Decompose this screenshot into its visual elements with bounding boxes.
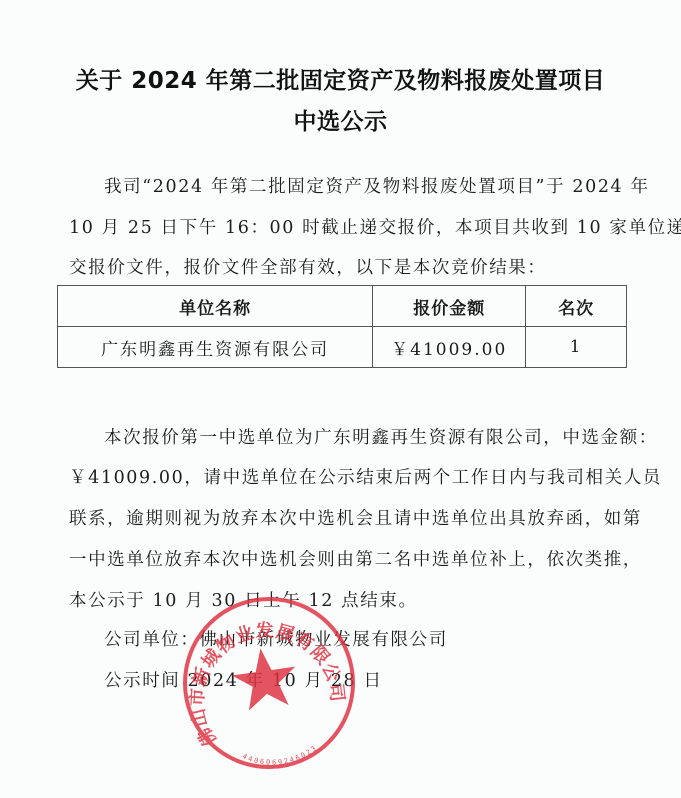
- intro-paragraph-line: 10 月 25 日下午 16：00 时截止递交报价，本项目共收到 10 家单位递: [69, 214, 629, 239]
- header-amount: 报价金额: [373, 286, 526, 327]
- document-title-line2: 中选公示: [0, 103, 681, 136]
- intro-paragraph-line: 交报价文件，报价文件全部有效，以下是本次竞价结果：: [69, 254, 629, 279]
- intro-paragraph-line: 我司“2024 年第二批固定资产及物料报废处置项目”于 2024 年: [104, 173, 664, 198]
- body-paragraph-line: 一中选单位放弃本次中选机会则由第二名中选单位补上，依次类推，: [69, 546, 629, 571]
- document-title-line1: 关于 2024 年第二批固定资产及物料报废处置项目: [0, 62, 681, 95]
- body-paragraph-line: 本次报价第一中选单位为广东明鑫再生资源有限公司，中选金额：: [104, 424, 664, 449]
- table-header-row: 单位名称 报价金额 名次: [58, 286, 627, 327]
- company-signature-line: 公司单位：佛山市新城物业发展有限公司: [104, 626, 664, 651]
- result-table: 单位名称 报价金额 名次 广东明鑫再生资源有限公司 ￥41009.00 1: [57, 285, 627, 368]
- cell-rank: 1: [526, 327, 627, 368]
- table-row: 广东明鑫再生资源有限公司 ￥41009.00 1: [58, 327, 627, 368]
- header-rank: 名次: [526, 286, 627, 327]
- body-paragraph-line: ￥41009.00，请中选单位在公示结束后两个工作日内与我司相关人员: [69, 464, 629, 489]
- publish-date-line: 公示时间 2024 年 10 月 28 日: [104, 667, 664, 692]
- cell-company: 广东明鑫再生资源有限公司: [58, 327, 373, 368]
- header-company: 单位名称: [58, 286, 373, 327]
- svg-text:4406069246023: 4406069246023: [241, 744, 319, 767]
- body-paragraph-line: 本公示于 10 月 30 日上午 12 点结束。: [69, 587, 629, 612]
- body-paragraph-line: 联系，逾期则视为放弃本次中选机会且请中选单位出具放弃函，如第: [69, 505, 629, 530]
- cell-amount: ￥41009.00: [373, 327, 526, 368]
